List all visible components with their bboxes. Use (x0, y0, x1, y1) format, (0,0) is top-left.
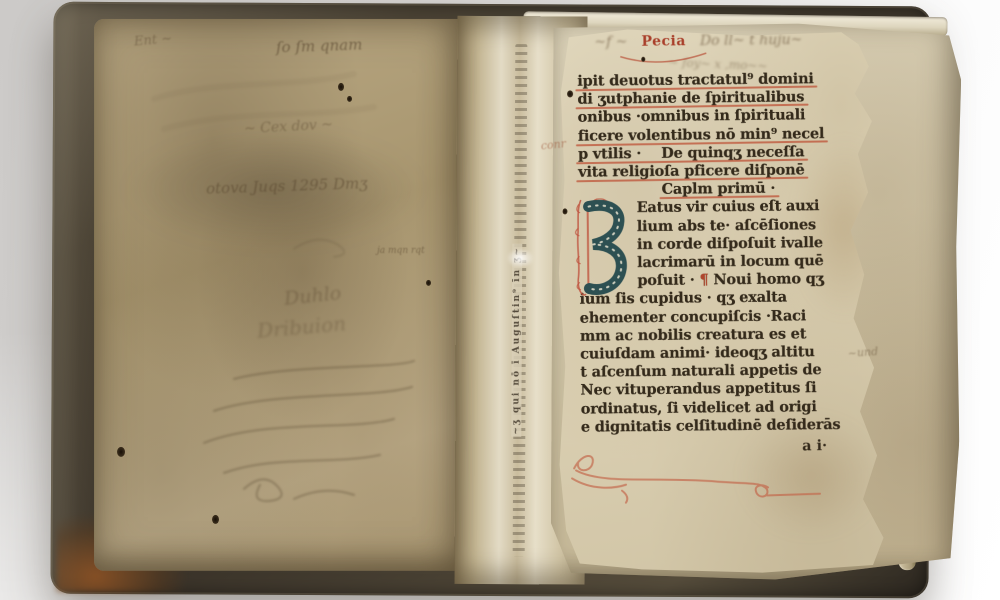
camera-glare (506, 248, 534, 268)
wormhole (567, 90, 573, 97)
wormhole (641, 57, 645, 62)
incipit-line: p vtilis ·De quinqʒ neceſſa (578, 143, 805, 164)
wormhole (338, 83, 344, 91)
incipit-line: vita religioſa pficere diſponē (578, 161, 804, 182)
body-line: cuiuſdam animi· ideoqʒ altitu (580, 343, 815, 364)
body-line: Eatus vir cuius eſt auxi (637, 198, 820, 218)
wormhole (562, 208, 567, 214)
handwritten-scribble-strokes (94, 19, 466, 571)
wormhole (347, 96, 352, 102)
decorated-initial-B (575, 198, 638, 299)
wormhole (426, 280, 431, 286)
wormhole (212, 515, 219, 524)
edge-note: ~und (847, 345, 878, 360)
incipit-line: Caplm primū · (662, 180, 776, 199)
book: Ent ~ ſo ſm qnam ~ Cex dov ~ otova Juqs … (50, 2, 931, 599)
wormhole (117, 447, 125, 457)
body-line: in corde diſpoſuit ivalle (637, 234, 823, 254)
margin-note: conr (540, 137, 566, 152)
left-pastedown-page: Ent ~ ſo ſm qnam ~ Cex dov ~ otova Juqs … (94, 19, 466, 571)
body-line: e dignitatis celſitudinē deſiderās (581, 416, 841, 437)
printed-text-block: ipit deuotus tractatul⁹ dominidi ʒutphan… (577, 70, 861, 457)
body-line: mm ac nobilis creatura es et (580, 325, 806, 346)
body-line: lacrimarū in locum quē (637, 252, 824, 272)
guard-strip-text: ~ʒ qui nō ī Auguſtin⁹ īn ʒ~ (511, 244, 522, 437)
incipit-line: di ʒutphanie de ſpiritualibus (577, 88, 804, 109)
incipit-line: onibus ·omnibus in ſpirituali (578, 107, 806, 128)
red-swash (618, 45, 718, 72)
body-line: ehementer concupiſcis ·Raci (580, 307, 807, 328)
photo-scene: Ent ~ ſo ſm qnam ~ Cex dov ~ otova Juqs … (0, 0, 1000, 600)
incipit-rubric: ipit deuotus tractatul⁹ dominidi ʒutphan… (577, 70, 858, 200)
red-penwork-flourish (562, 450, 852, 512)
body-line: lium abs te· aſcēſiones (637, 216, 816, 236)
body-line: poſuit · ¶ Noui homo qʒ (637, 270, 823, 290)
leather-cover-edge (50, 2, 99, 594)
binding-guard-strip: ~ʒ qui nō ī Auguſtin⁹ īn ʒ~ (513, 44, 528, 556)
incunable-leaf: ~f ~ Pecia Do ll~ t huju~ ~ ſoy~ x ,mo~~… (556, 26, 904, 576)
